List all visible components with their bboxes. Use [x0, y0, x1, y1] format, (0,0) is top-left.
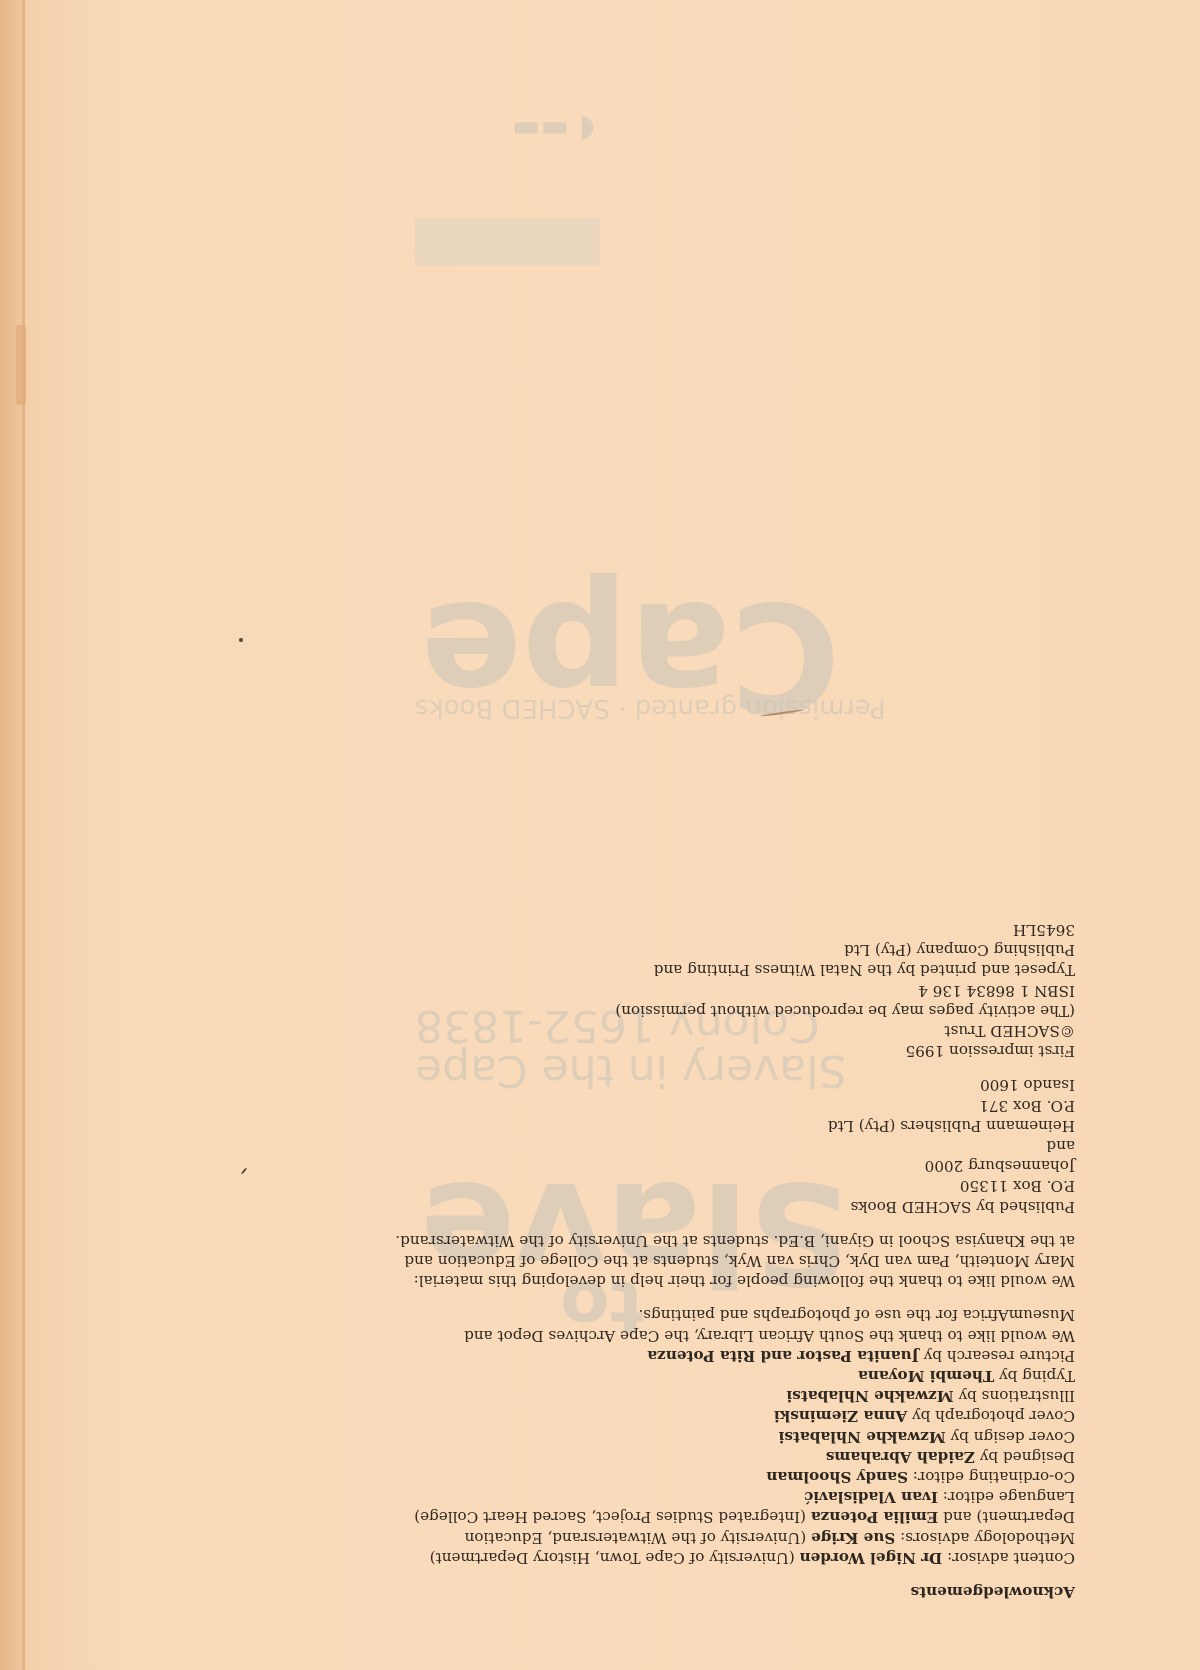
publisher-line-5: Heinemann Publishers (Pty) Ltd	[385, 1116, 1075, 1136]
copyright-line: ©SACHED Trust	[385, 1021, 1075, 1041]
isbn: ISBN 1 86834 136 4	[385, 980, 1075, 1000]
staple-mark	[16, 325, 26, 405]
publisher-line-4: and	[385, 1136, 1075, 1156]
publisher-line-1: Published by SACHED Books	[385, 1196, 1075, 1216]
printer-line-2: Publishing Company (Pty) Ltd	[385, 940, 1075, 960]
permission-note: (The activity pages may be reproduced wi…	[385, 1001, 1075, 1021]
binding-shadow	[0, 0, 22, 1670]
binding-edge	[22, 0, 25, 1670]
paper-speck	[241, 1167, 248, 1174]
methodology-advisors-line: Methodology advisors: Sue Krige (Univers…	[385, 1507, 1075, 1547]
showthrough-logo-circle: ◖ ▬▬	[405, 112, 595, 147]
publisher-line-6: P.O. Box 371	[385, 1095, 1075, 1115]
cover-photograph-line: Cover photograph by Anna Zieminski	[385, 1406, 1075, 1426]
publisher-line-7: Isando 1600	[385, 1075, 1075, 1095]
acknowledgements-heading: Acknowledgements	[385, 1582, 1075, 1602]
picture-research-line: Picture research by Juanita Pastor and R…	[385, 1346, 1075, 1366]
thanks-people-paragraph: We would like to thank the following peo…	[385, 1231, 1075, 1292]
language-editor-line: Language editor: Ivan Vladislavić	[385, 1487, 1075, 1507]
thanks-archives-paragraph: We would like to thank the South African…	[385, 1305, 1075, 1345]
paper-speck	[239, 638, 243, 642]
publisher-line-3: Johannesburg 2000	[385, 1156, 1075, 1176]
designed-by-line: Designed by Zaidah Abrahams	[385, 1447, 1075, 1467]
print-code: 3645LH	[385, 920, 1075, 940]
illustrations-line: Illustrations by Mzwakhe Nhlabatsi	[385, 1386, 1075, 1406]
scanned-page: ◖ ▬▬ Cape to Slave Slavery in the Cape C…	[0, 0, 1200, 1670]
showthrough-logo-box	[415, 218, 600, 266]
cover-design-line: Cover design by Mzwakhe Nhlabatsi	[385, 1426, 1075, 1446]
publisher-line-2: P.O. Box 11350	[385, 1176, 1075, 1196]
first-impression: First impression 1995	[385, 1041, 1075, 1061]
typing-line: Typing by Thembi Moyana	[385, 1366, 1075, 1386]
coordinating-editor-line: Co-ordinating editor: Sandy Shoolman	[385, 1467, 1075, 1487]
content-advisor-line: Content advisor: Dr Nigel Worden (Univer…	[385, 1548, 1075, 1568]
acknowledgements-text-block: Acknowledgements Content advisor: Dr Nig…	[385, 732, 1075, 1602]
printer-line-1: Typeset and printed by the Natal Witness…	[385, 960, 1075, 980]
showthrough-imprint: Permission granted · SACHED Books	[415, 693, 886, 723]
